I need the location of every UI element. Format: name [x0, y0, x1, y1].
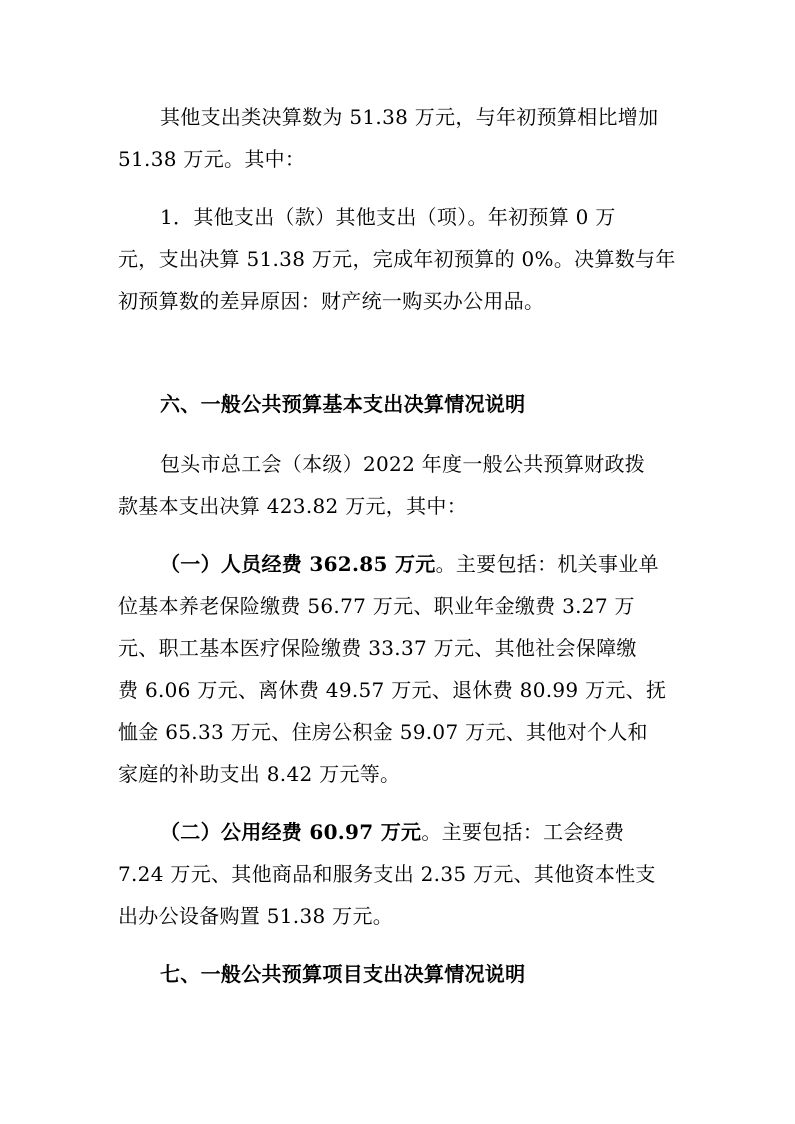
- section-heading: 六、一般公共预算基本支出决算情况说明: [160, 390, 730, 418]
- paragraph-line: 7.24 万元、其他商品和服务支出 2.35 万元、其他资本性支: [118, 860, 688, 888]
- paragraph-line: 费 6.06 万元、离休费 49.57 万元、退休费 80.99 万元、抚: [118, 676, 688, 704]
- document-page: 其他支出类决算数为 51.38 万元，与年初预算相比增加 51.38 万元。其中…: [0, 0, 795, 1124]
- paragraph-line: 出办公设备购置 51.38 万元。: [118, 902, 688, 930]
- public-expense-line: （二）公用经费 60.97 万元。主要包括：工会经费: [160, 818, 730, 846]
- public-expense-label: （二）公用经费 60.97 万元: [160, 820, 421, 844]
- paragraph-line: 其他支出类决算数为 51.38 万元，与年初预算相比增加: [160, 103, 730, 131]
- paragraph-line: 家庭的补助支出 8.42 万元等。: [118, 760, 688, 788]
- paragraph-line: 包头市总工会（本级）2022 年度一般公共预算财政拨: [160, 450, 730, 478]
- paragraph-line: 元、职工基本医疗保险缴费 33.37 万元、其他社会保障缴: [118, 634, 688, 662]
- item-line: 1．其他支出（款）其他支出（项）。年初预算 0 万: [160, 203, 730, 231]
- paragraph-line: 恤金 65.33 万元、住房公积金 59.07 万元、其他对个人和: [118, 718, 688, 746]
- personnel-expense-line: （一）人员经费 362.85 万元。主要包括：机关事业单: [160, 550, 730, 578]
- item-line: 元，支出决算 51.38 万元，完成年初预算的 0%。决算数与年: [118, 245, 688, 273]
- item-line: 初预算数的差异原因：财产统一购买办公用品。: [118, 287, 688, 315]
- personnel-expense-rest: 。主要包括：机关事业单: [436, 552, 659, 576]
- paragraph-line: 款基本支出决算 423.82 万元，其中：: [118, 492, 688, 520]
- public-expense-rest: 。主要包括：工会经费: [421, 820, 624, 844]
- paragraph-line: 位基本养老保险缴费 56.77 万元、职业年金缴费 3.27 万: [118, 592, 688, 620]
- paragraph-line: 51.38 万元。其中：: [118, 145, 688, 173]
- personnel-expense-label: （一）人员经费 362.85 万元: [160, 552, 436, 576]
- section-heading: 七、一般公共预算项目支出决算情况说明: [160, 960, 730, 988]
